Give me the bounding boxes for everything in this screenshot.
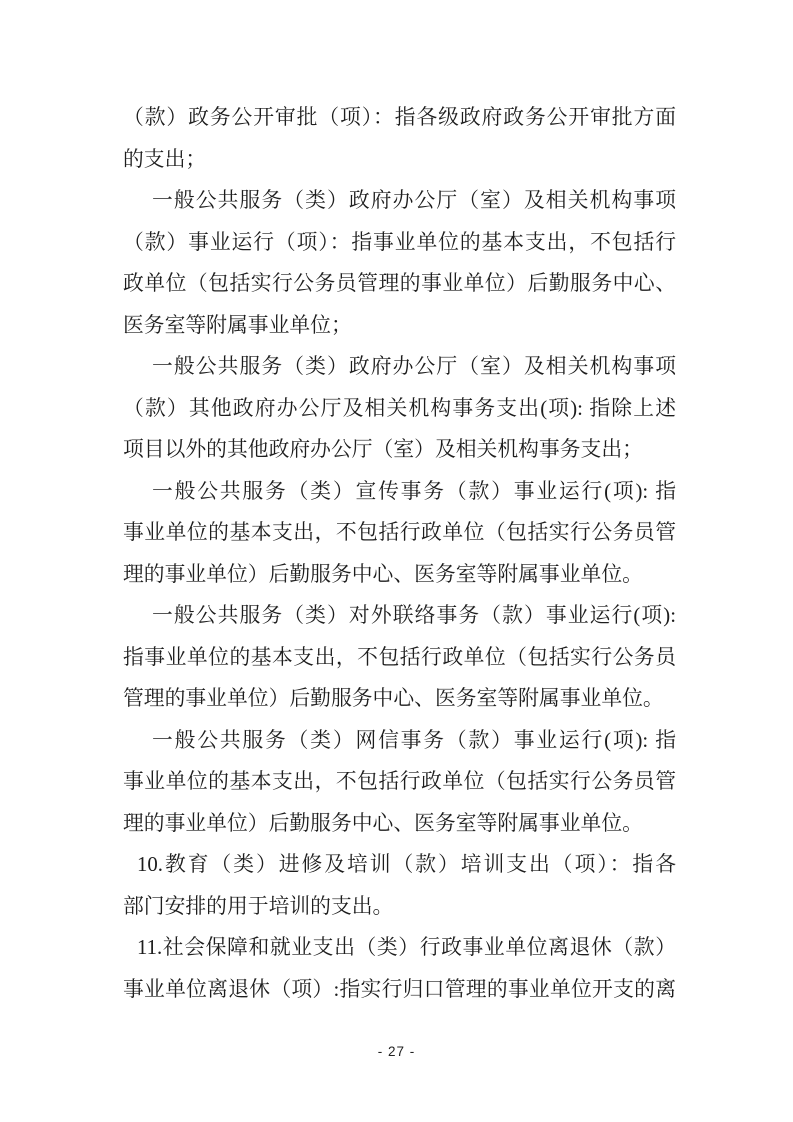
text-line: 10.教育（类）进修及培训（款）培训支出（项）：指各 — [123, 844, 676, 886]
paragraph: 一般公共服务（类）政府办公厅（室）及相关机构事项（款）事业运行（项）：指事业单位… — [123, 180, 676, 346]
text-line: 政单位（包括实行公务员管理的事业单位）后勤服务中心、 — [123, 263, 676, 305]
text-line: 事业单位的基本支出，不包括行政单位（包括实行公务员管 — [123, 761, 676, 803]
text-line: 管理的事业单位）后勤服务中心、医务室等附属事业单位。 — [123, 678, 676, 720]
text-line: 项目以外的其他政府办公厅（室）及相关机构事务支出； — [123, 429, 676, 471]
text-line: （款）其他政府办公厅及相关机构事务支出(项): 指除上述 — [123, 388, 676, 430]
text-line: 一般公共服务（类）对外联络事务（款）事业运行(项): — [123, 595, 676, 637]
document-body: （款）政务公开审批（项）：指各级政府政务公开审批方面的支出；一般公共服务（类）政… — [123, 97, 676, 1010]
text-line: 一般公共服务（类）宣传事务（款）事业运行(项): 指 — [123, 471, 676, 513]
paragraph: 一般公共服务（类）网信事务（款）事业运行(项): 指事业单位的基本支出，不包括行… — [123, 720, 676, 845]
text-line: 理的事业单位）后勤服务中心、医务室等附属事业单位。 — [123, 803, 676, 845]
paragraph: （款）政务公开审批（项）：指各级政府政务公开审批方面的支出； — [123, 97, 676, 180]
paragraph: 10.教育（类）进修及培训（款）培训支出（项）：指各部门安排的用于培训的支出。 — [123, 844, 676, 927]
text-line: 医务室等附属事业单位； — [123, 305, 676, 347]
text-line: 11.社会保障和就业支出（类）行政事业单位离退休（款） — [123, 927, 676, 969]
paragraph: 11.社会保障和就业支出（类）行政事业单位离退休（款）事业单位离退休（项）:指实… — [123, 927, 676, 1010]
paragraph: 一般公共服务（类）政府办公厅（室）及相关机构事项（款）其他政府办公厅及相关机构事… — [123, 346, 676, 471]
text-line: 事业单位离退休（项）:指实行归口管理的事业单位开支的离 — [123, 969, 676, 1011]
paragraph: 一般公共服务（类）宣传事务（款）事业运行(项): 指事业单位的基本支出，不包括行… — [123, 471, 676, 596]
page-number: - 27 - — [0, 1042, 793, 1062]
text-line: （款）事业运行（项）：指事业单位的基本支出，不包括行 — [123, 222, 676, 264]
text-line: 理的事业单位）后勤服务中心、医务室等附属事业单位。 — [123, 554, 676, 596]
text-line: （款）政务公开审批（项）：指各级政府政务公开审批方面 — [123, 97, 676, 139]
text-line: 一般公共服务（类）政府办公厅（室）及相关机构事项 — [123, 346, 676, 388]
text-line: 的支出； — [123, 139, 676, 181]
text-line: 一般公共服务（类）政府办公厅（室）及相关机构事项 — [123, 180, 676, 222]
text-line: 事业单位的基本支出，不包括行政单位（包括实行公务员管 — [123, 512, 676, 554]
text-line: 部门安排的用于培训的支出。 — [123, 886, 676, 928]
paragraph: 一般公共服务（类）对外联络事务（款）事业运行(项):指事业单位的基本支出，不包括… — [123, 595, 676, 720]
text-line: 一般公共服务（类）网信事务（款）事业运行(项): 指 — [123, 720, 676, 762]
text-line: 指事业单位的基本支出，不包括行政单位（包括实行公务员 — [123, 637, 676, 679]
document-page: （款）政务公开审批（项）：指各级政府政务公开审批方面的支出；一般公共服务（类）政… — [0, 0, 793, 1122]
